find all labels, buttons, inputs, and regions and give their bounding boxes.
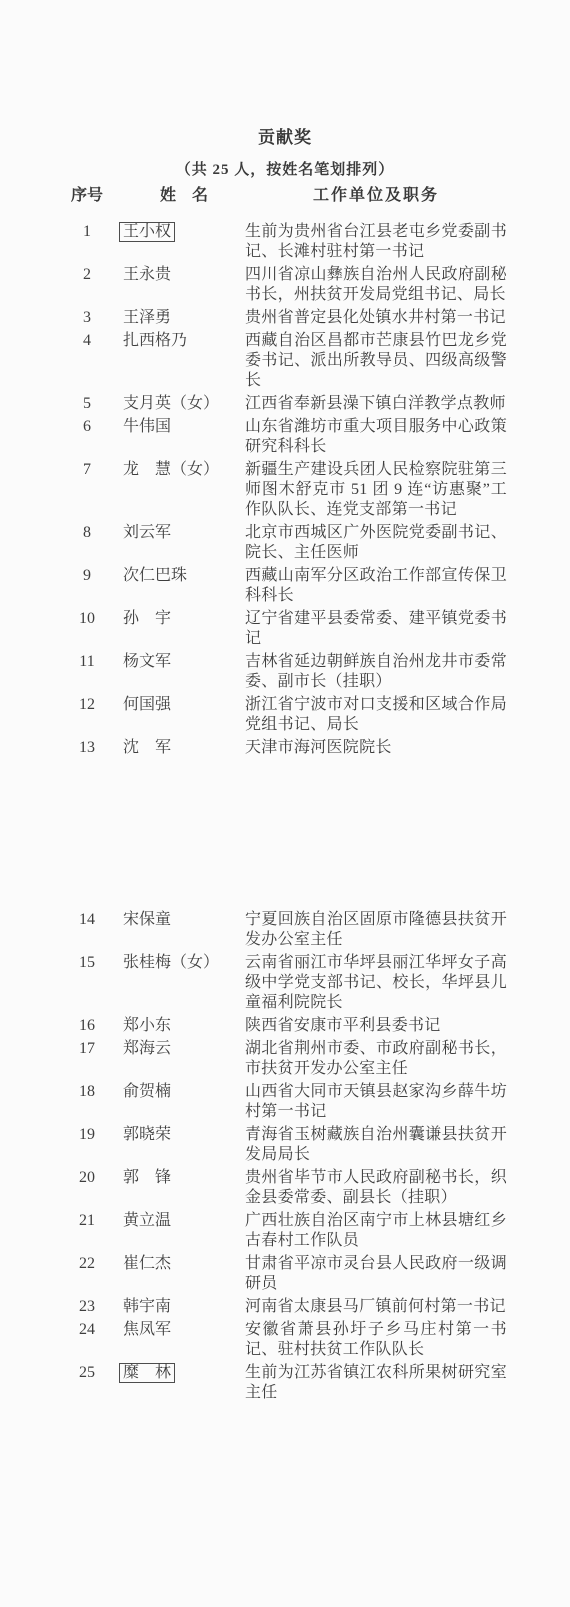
row-seq-number: 23 — [62, 1297, 112, 1317]
table-row: 6 牛伟国 山东省潍坊市重大项目服务中心政策研究科科长 — [0, 417, 570, 457]
row-name-cell: 刘云军 — [123, 523, 245, 563]
recipient-name: 郭 锋 — [123, 1168, 171, 1188]
recipient-name: 沈 军 — [123, 738, 171, 758]
table-row: 15 张桂梅（女） 云南省丽江市华坪县丽江华坪女子高级中学党支部书记、校长，华坪… — [0, 953, 570, 1013]
recipient-org-title: 青海省玉树藏族自治州囊谦县扶贫开发局局长 — [245, 1125, 507, 1165]
recipient-name: 黄立温 — [123, 1211, 171, 1231]
row-seq-number: 8 — [62, 523, 112, 563]
row-seq-number: 11 — [62, 652, 112, 692]
table-row: 22 崔仁杰 甘肃省平凉市灵台县人民政府一级调研员 — [0, 1254, 570, 1294]
recipient-org-title: 安徽省萧县孙圩子乡马庄村第一书记、驻村扶贫工作队队长 — [245, 1320, 507, 1360]
table-row: 17 郑海云 湖北省荆州市委、市政府副秘书长，市扶贫开发办公室主任 — [0, 1039, 570, 1079]
table-row: 4 扎西格乃 西藏自治区昌都市芒康县竹巴龙乡党委书记、派出所教导员、四级高级警长 — [0, 331, 570, 391]
recipient-org-title: 生前为江苏省镇江农科所果树研究室主任 — [245, 1363, 507, 1403]
recipient-name: 郑小东 — [123, 1016, 171, 1036]
table-row: 1 王小权 生前为贵州省台江县老屯乡党委副书记、长滩村驻村第一书记 — [0, 222, 570, 262]
table-row: 25 糜 林 生前为江苏省镇江农科所果树研究室主任 — [0, 1363, 570, 1403]
row-seq-number: 1 — [62, 222, 112, 262]
recipient-name: 郑海云 — [123, 1039, 171, 1059]
row-seq-number: 16 — [62, 1016, 112, 1036]
row-name-cell: 郑海云 — [123, 1039, 245, 1079]
header-name: 姓 名 — [123, 186, 245, 206]
table-row: 13 沈 军 天津市海河医院院长 — [0, 738, 570, 758]
recipient-org-title: 贵州省毕节市人民政府副秘书长，织金县委常委、副县长（挂职） — [245, 1168, 507, 1208]
recipient-name: 糜 林 — [119, 1363, 175, 1383]
row-seq-number: 22 — [62, 1254, 112, 1294]
row-name-cell: 沈 军 — [123, 738, 245, 758]
row-seq-number: 7 — [62, 460, 112, 520]
recipient-org-title: 西藏山南军分区政治工作部宣传保卫科科长 — [245, 566, 507, 606]
recipient-name: 王泽勇 — [123, 308, 171, 328]
recipient-org-title: 新疆生产建设兵团人民检察院驻第三师图木舒克市 51 团 9 连“访惠聚”工作队队… — [245, 460, 507, 520]
table-row: 18 俞贺楠 山西省大同市天镇县赵家沟乡薛牛坊村第一书记 — [0, 1082, 570, 1122]
table-row: 9 次仁巴珠 西藏山南军分区政治工作部宣传保卫科科长 — [0, 566, 570, 606]
table-row: 24 焦凤军 安徽省萧县孙圩子乡马庄村第一书记、驻村扶贫工作队队长 — [0, 1320, 570, 1360]
recipient-name: 韩宇南 — [123, 1297, 171, 1317]
row-seq-number: 3 — [62, 308, 112, 328]
table-row: 21 黄立温 广西壮族自治区南宁市上林县塘红乡古春村工作队员 — [0, 1211, 570, 1251]
table-row: 19 郭晓荣 青海省玉树藏族自治州囊谦县扶贫开发局局长 — [0, 1125, 570, 1165]
recipient-name: 张桂梅（女） — [123, 953, 219, 973]
recipient-name: 牛伟国 — [123, 417, 171, 437]
recipient-name: 扎西格乃 — [123, 331, 187, 351]
table-row: 8 刘云军 北京市西城区广外医院党委副书记、院长、主任医师 — [0, 523, 570, 563]
row-name-cell: 糜 林 — [123, 1363, 245, 1403]
row-name-cell: 郑小东 — [123, 1016, 245, 1036]
row-name-cell: 黄立温 — [123, 1211, 245, 1251]
table-row: 10 孙 宇 辽宁省建平县委常委、建平镇党委书记 — [0, 609, 570, 649]
table-row: 20 郭 锋 贵州省毕节市人民政府副秘书长，织金县委常委、副县长（挂职） — [0, 1168, 570, 1208]
row-name-cell: 韩宇南 — [123, 1297, 245, 1317]
recipient-org-title: 山西省大同市天镇县赵家沟乡薛牛坊村第一书记 — [245, 1082, 507, 1122]
recipient-org-title: 宁夏回族自治区固原市隆德县扶贫开发办公室主任 — [245, 910, 507, 950]
row-name-cell: 何国强 — [123, 695, 245, 735]
table-row: 23 韩宇南 河南省太康县马厂镇前何村第一书记 — [0, 1297, 570, 1317]
row-name-cell: 宋保童 — [123, 910, 245, 950]
row-seq-number: 20 — [62, 1168, 112, 1208]
recipient-org-title: 吉林省延边朝鲜族自治州龙井市委常委、副市长（挂职） — [245, 652, 507, 692]
table-row: 2 王永贵 四川省凉山彝族自治州人民政府副秘书长，州扶贫开发局党组书记、局长 — [0, 265, 570, 305]
row-name-cell: 焦凤军 — [123, 1320, 245, 1360]
row-seq-number: 9 — [62, 566, 112, 606]
row-name-cell: 张桂梅（女） — [123, 953, 245, 1013]
award-recipient-list: 1 王小权 生前为贵州省台江县老屯乡党委副书记、长滩村驻村第一书记 2 王永贵 … — [0, 222, 570, 1403]
row-seq-number: 4 — [62, 331, 112, 391]
recipient-org-title: 天津市海河医院院长 — [245, 738, 507, 758]
table-row: 3 王泽勇 贵州省普定县化处镇水井村第一书记 — [0, 308, 570, 328]
recipient-org-title: 山东省潍坊市重大项目服务中心政策研究科科长 — [245, 417, 507, 457]
recipient-name: 郭晓荣 — [123, 1125, 171, 1145]
recipient-org-title: 陕西省安康市平利县委书记 — [245, 1016, 507, 1036]
recipient-name: 宋保童 — [123, 910, 171, 930]
row-name-cell: 王小权 — [123, 222, 245, 262]
table-row: 12 何国强 浙江省宁波市对口支援和区域合作局党组书记、局长 — [0, 695, 570, 735]
row-name-cell: 王泽勇 — [123, 308, 245, 328]
header-org: 工作单位及职务 — [245, 186, 507, 206]
row-name-cell: 郭 锋 — [123, 1168, 245, 1208]
recipient-name: 王小权 — [119, 222, 175, 242]
row-name-cell: 王永贵 — [123, 265, 245, 305]
table-row: 7 龙 慧（女） 新疆生产建设兵团人民检察院驻第三师图木舒克市 51 团 9 连… — [0, 460, 570, 520]
row-name-cell: 扎西格乃 — [123, 331, 245, 391]
recipient-name: 次仁巴珠 — [123, 566, 187, 586]
row-seq-number: 13 — [62, 738, 112, 758]
recipient-name: 王永贵 — [123, 265, 171, 285]
row-seq-number: 2 — [62, 265, 112, 305]
page-title: 贡献奖 — [0, 127, 570, 149]
row-seq-number: 5 — [62, 394, 112, 414]
table-row: 5 支月英（女） 江西省奉新县澡下镇白洋教学点教师 — [0, 394, 570, 414]
recipient-org-title: 北京市西城区广外医院党委副书记、院长、主任医师 — [245, 523, 507, 563]
row-name-cell: 牛伟国 — [123, 417, 245, 457]
recipient-org-title: 甘肃省平凉市灵台县人民政府一级调研员 — [245, 1254, 507, 1294]
recipient-org-title: 湖北省荆州市委、市政府副秘书长，市扶贫开发办公室主任 — [245, 1039, 507, 1079]
recipient-name: 焦凤军 — [123, 1320, 171, 1340]
row-seq-number: 12 — [62, 695, 112, 735]
recipient-org-title: 辽宁省建平县委常委、建平镇党委书记 — [245, 609, 507, 649]
row-name-cell: 次仁巴珠 — [123, 566, 245, 606]
row-seq-number: 21 — [62, 1211, 112, 1251]
row-seq-number: 18 — [62, 1082, 112, 1122]
row-seq-number: 19 — [62, 1125, 112, 1165]
recipient-name: 何国强 — [123, 695, 171, 715]
recipient-org-title: 河南省太康县马厂镇前何村第一书记 — [245, 1297, 507, 1317]
page-subtitle: （共 25 人，按姓名笔划排列） — [0, 160, 570, 180]
recipient-name: 龙 慧（女） — [123, 460, 219, 480]
recipient-name: 俞贺楠 — [123, 1082, 171, 1102]
table-row: 11 杨文军 吉林省延边朝鲜族自治州龙井市委常委、副市长（挂职） — [0, 652, 570, 692]
row-seq-number: 6 — [62, 417, 112, 457]
recipient-name: 刘云军 — [123, 523, 171, 543]
table-row: 16 郑小东 陕西省安康市平利县委书记 — [0, 1016, 570, 1036]
recipient-org-title: 四川省凉山彝族自治州人民政府副秘书长，州扶贫开发局党组书记、局长 — [245, 265, 507, 305]
table-row: 14 宋保童 宁夏回族自治区固原市隆德县扶贫开发办公室主任 — [0, 910, 570, 950]
row-seq-number: 15 — [62, 953, 112, 1013]
recipient-name: 支月英（女） — [123, 394, 219, 414]
row-name-cell: 俞贺楠 — [123, 1082, 245, 1122]
row-name-cell: 龙 慧（女） — [123, 460, 245, 520]
recipient-org-title: 浙江省宁波市对口支援和区域合作局党组书记、局长 — [245, 695, 507, 735]
recipient-org-title: 江西省奉新县澡下镇白洋教学点教师 — [245, 394, 507, 414]
recipient-name: 崔仁杰 — [123, 1254, 171, 1274]
row-name-cell: 孙 宇 — [123, 609, 245, 649]
row-seq-number: 14 — [62, 910, 112, 950]
recipient-org-title: 生前为贵州省台江县老屯乡党委副书记、长滩村驻村第一书记 — [245, 222, 507, 262]
table-header: 序号 姓 名 工作单位及职务 — [0, 186, 570, 206]
recipient-org-title: 云南省丽江市华坪县丽江华坪女子高级中学党支部书记、校长，华坪县儿童福利院院长 — [245, 953, 507, 1013]
row-name-cell: 郭晓荣 — [123, 1125, 245, 1165]
row-seq-number: 24 — [62, 1320, 112, 1360]
row-seq-number: 25 — [62, 1363, 112, 1403]
row-name-cell: 杨文军 — [123, 652, 245, 692]
document-page: 贡献奖 （共 25 人，按姓名笔划排列） 序号 姓 名 工作单位及职务 1 王小… — [0, 0, 570, 1607]
recipient-name: 杨文军 — [123, 652, 171, 672]
header-seq: 序号 — [62, 186, 112, 206]
recipient-org-title: 贵州省普定县化处镇水井村第一书记 — [245, 308, 507, 328]
recipient-name: 孙 宇 — [123, 609, 171, 629]
row-seq-number: 10 — [62, 609, 112, 649]
row-name-cell: 崔仁杰 — [123, 1254, 245, 1294]
row-name-cell: 支月英（女） — [123, 394, 245, 414]
recipient-org-title: 西藏自治区昌都市芒康县竹巴龙乡党委书记、派出所教导员、四级高级警长 — [245, 331, 507, 391]
row-seq-number: 17 — [62, 1039, 112, 1079]
recipient-org-title: 广西壮族自治区南宁市上林县塘红乡古春村工作队员 — [245, 1211, 507, 1251]
